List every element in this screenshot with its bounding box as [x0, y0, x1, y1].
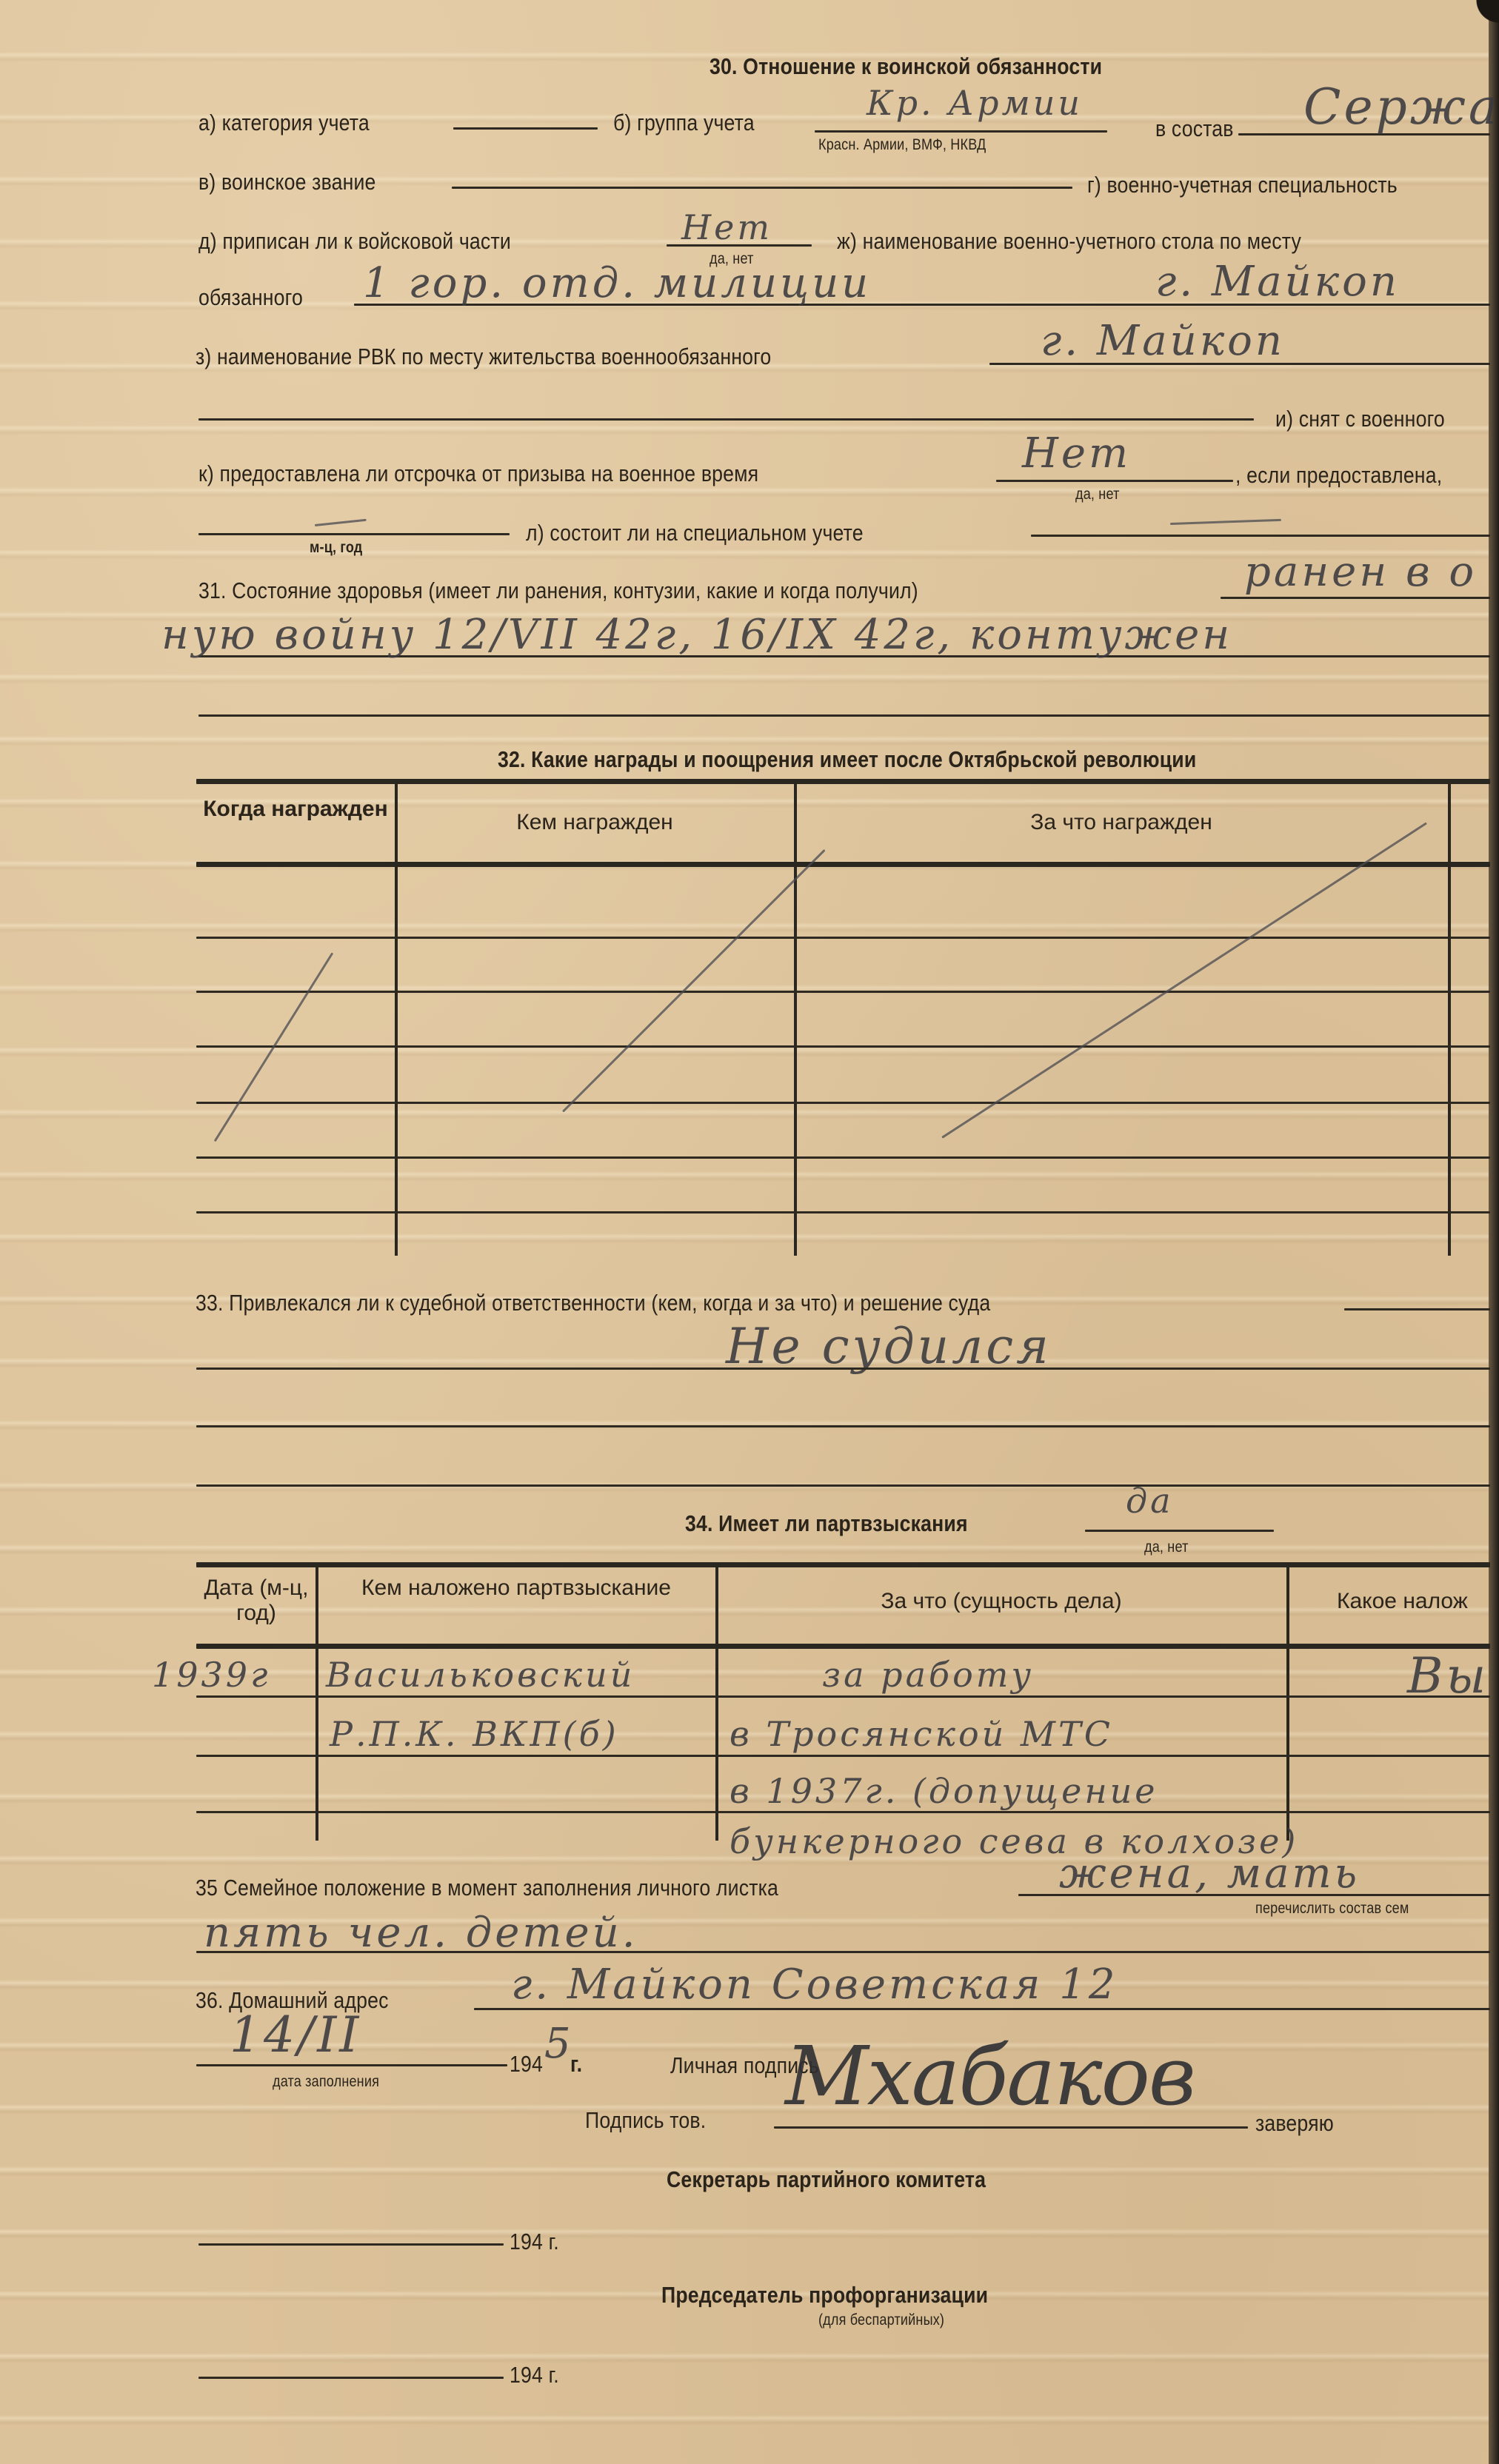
s30-deferment-suffix: , если предоставлена, [1235, 462, 1442, 489]
s33-field-1[interactable] [1344, 1308, 1490, 1310]
section-30-title: 30. Отношение к воинской обязанности [710, 53, 1102, 80]
s30-deferment-date-field[interactable] [198, 533, 510, 535]
s32-empty-strike-2 [562, 849, 826, 1113]
s34-field[interactable] [1085, 1530, 1274, 1532]
s30-deregistered-label: и) снят с военного [1275, 406, 1445, 432]
s30-category-field[interactable] [453, 127, 598, 130]
s30-group-value: Кр. Армии [867, 83, 1083, 123]
s35-value-1: жена, мать [1059, 1849, 1360, 1898]
signature-handwritten: Мхабаков [785, 2029, 1195, 2123]
chairman-year: 194 г. [510, 2362, 559, 2388]
s30-obliged-label: обязанного [198, 284, 303, 311]
s30-composition-value: Сержант [1303, 78, 1499, 135]
s34-row1-reason: за работу [822, 1655, 1034, 1695]
s36-address-value: г. Майкоп Советская 12 [511, 1961, 1118, 2009]
signature-comrade-label: Подпись тов. [585, 2107, 706, 2134]
s30-composition-label: в состав [1155, 115, 1234, 142]
s35-value-2: пять чел. детей. [204, 1909, 638, 1957]
s32-row-line [196, 1156, 1490, 1159]
s31-field-3[interactable] [198, 714, 1490, 717]
fill-date-year-hand: 5 [544, 2020, 574, 2068]
s30-rvk-label: з) наименование РВК по месту жительства … [196, 344, 771, 370]
s31-value-2: ную войну 12/VII 42г, 16/IX 42г, контуже… [161, 611, 1232, 659]
s30-group-label: б) группа учета [613, 110, 755, 136]
section-35-label: 35 Семейное положение в момент заполнени… [196, 1875, 778, 1901]
s30-unit-value: Нет [681, 207, 772, 247]
s32-row-line [196, 1045, 1490, 1048]
signature-field[interactable] [774, 2126, 1248, 2129]
s30-unit-label: д) приписан ли к войсковой части [198, 228, 511, 255]
fill-date-hint: дата заполнения [273, 2073, 379, 2091]
s34-col-divider-3 [1286, 1567, 1289, 1841]
s31-field-1[interactable] [1221, 597, 1490, 599]
s34-col-date: Дата (м-ц, год) [198, 1576, 314, 1626]
s34-row-line [196, 1695, 1490, 1698]
s30-deferment-date-hint: м-ц, год [310, 539, 362, 557]
personal-record-page: 30. Отношение к воинской обязанности а) … [0, 0, 1499, 2464]
s33-field-2[interactable] [196, 1367, 1490, 1370]
s32-col-divider-2 [794, 782, 797, 1256]
s30-special-registry-label: л) состоит ли на специальном учете [526, 520, 864, 546]
s33-value: Не судился [726, 1318, 1052, 1375]
s33-field-4[interactable] [196, 1484, 1490, 1487]
s32-col-for-what: За что награжден [797, 810, 1446, 835]
s34-table-top-border [196, 1562, 1490, 1567]
s30-category-label: а) категория учета [198, 110, 370, 136]
section-32-title: 32. Какие награды и поощрения имеет посл… [498, 746, 1196, 773]
s32-row-line [196, 1211, 1490, 1213]
s32-row-line [196, 937, 1490, 939]
s34-col-imposed-by: Кем наложено партвзыскание [318, 1576, 714, 1601]
section-34-title: 34. Имеет ли партвзыскания [685, 1510, 968, 1537]
union-chairman-hint: (для беспартийных) [818, 2311, 944, 2329]
s30-group-field[interactable] [815, 130, 1107, 133]
page-corner-shadow [1440, 0, 1499, 44]
s30-group-hint: Красн. Армии, ВМФ, НКВД [818, 136, 986, 154]
s30-rank-field[interactable] [452, 187, 1072, 189]
s34-row1-type: Вы [1407, 1647, 1489, 1704]
s30-deferment-label: к) предоставлена ли отсрочка от призыва … [198, 461, 758, 487]
s32-col-when: Когда награжден [198, 797, 393, 822]
secretary-year: 194 г. [510, 2229, 559, 2255]
s30-desk-value: 1 гор. отд. милиции [363, 259, 871, 307]
s30-deferment-hint: да, нет [1075, 486, 1120, 503]
s30-deferment-field[interactable] [996, 480, 1233, 482]
s32-empty-strike-3 [941, 822, 1427, 1138]
s34-col-divider-1 [316, 1567, 318, 1841]
s34-table-header-border [196, 1644, 1490, 1649]
s34-col-type: Какое налож [1292, 1589, 1499, 1614]
section-31-label: 31. Состояние здоровья (имеет ли ранения… [198, 577, 918, 604]
s34-hint: да, нет [1144, 1539, 1189, 1556]
s32-col-by-whom: Кем награжден [397, 810, 792, 835]
s34-row1-by: Васильковский [326, 1655, 635, 1695]
s32-row-line [196, 1102, 1490, 1104]
s30-rvk-value: г. Майкоп [1041, 317, 1285, 365]
s34-row2-reason: в Тросянской МТС [730, 1714, 1113, 1754]
party-secretary-label: Секретарь партийного комитета [667, 2166, 986, 2193]
s34-row3-reason: в 1937г. (допущение [730, 1771, 1158, 1811]
fill-date-field[interactable] [196, 2064, 507, 2066]
s34-row1-date: 1939г [152, 1655, 270, 1695]
fill-date-year-suffix: г. [570, 2051, 582, 2078]
s34-col-reason: За что (сущность дела) [718, 1589, 1284, 1614]
s30-desk-label: ж) наименование военно-учетного стола по… [837, 228, 1301, 255]
secretary-date-field[interactable] [198, 2243, 504, 2246]
s30-deferment-dash [315, 519, 367, 526]
s31-value-1: ранен в о [1244, 548, 1477, 596]
union-chairman-label: Председатель профорганизации [661, 2282, 988, 2309]
s33-field-3[interactable] [196, 1425, 1490, 1427]
s30-rank-label: в) воинское звание [198, 169, 376, 195]
section-33-label: 33. Привлекался ли к судебной ответствен… [196, 1290, 990, 1316]
s32-col-divider-3 [1448, 782, 1451, 1256]
s34-row2-by: Р.П.К. ВКП(б) [330, 1714, 619, 1754]
s30-deferment-value: Нет [1022, 429, 1131, 478]
fill-date-year-prefix: 194 [510, 2051, 543, 2078]
s30-special-registry-field[interactable] [1031, 535, 1490, 537]
s30-desk-city: г. Майкоп [1155, 258, 1400, 306]
page-binding-edge [1489, 0, 1499, 2464]
s34-row-line [196, 1755, 1490, 1757]
s35-hint: перечислить состав сем [1255, 1900, 1409, 1918]
s30-special-registry-dash [1170, 519, 1281, 525]
s34-value: да [1126, 1481, 1174, 1521]
s30-deregistered-field[interactable] [198, 418, 1254, 421]
s30-specialty-label: г) военно-учетная специальность [1087, 172, 1398, 198]
certify-label: заверяю [1255, 2110, 1334, 2137]
s32-table-top-border [196, 779, 1490, 784]
s32-row-line [196, 991, 1490, 993]
chairman-date-field[interactable] [198, 2377, 504, 2379]
s32-table-header-border [196, 862, 1490, 867]
fill-date-value: 14/II [230, 2006, 361, 2063]
s34-row-line [196, 1811, 1490, 1813]
s32-col-divider-1 [395, 782, 398, 1256]
